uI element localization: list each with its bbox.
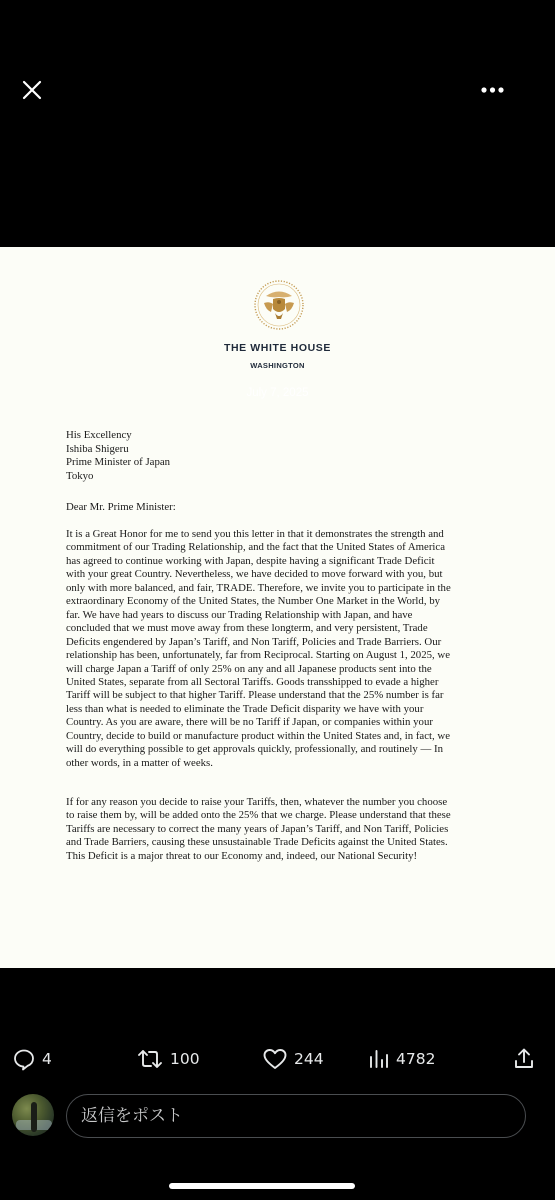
repost-count: 100 — [170, 1050, 200, 1068]
close-icon — [18, 76, 46, 104]
letter-line: only with more balanced, and fair, TRADE… — [66, 582, 506, 595]
letter-line: other words, in a matter of weeks. — [66, 757, 506, 770]
close-button[interactable] — [18, 76, 46, 104]
letter-line: Tariffs are necessary to correct the man… — [66, 823, 506, 836]
letter-line: far. We have had years to discuss our Tr… — [66, 609, 506, 622]
letterhead-subtitle: WASHINGTON — [0, 361, 555, 370]
home-indicator[interactable] — [169, 1183, 355, 1189]
address-line: Ishiba Shigeru — [66, 443, 170, 457]
letter-line: to raise them by, will be added onto the… — [66, 809, 506, 822]
views-count: 4782 — [396, 1050, 435, 1068]
letter-line: has agreed to continue working with Japa… — [66, 555, 506, 568]
address-line: His Excellency — [66, 429, 170, 443]
letter-line: It is a Great Honor for me to send you t… — [66, 528, 506, 541]
letter-line: extraordinary Economy of the United Stat… — [66, 595, 506, 608]
repost-button[interactable]: 100 — [136, 1042, 200, 1076]
letter-line: will charge Japan a Tariff of only 25% o… — [66, 663, 506, 676]
post-actions-bar: 4 100 244 4782 — [0, 1042, 555, 1076]
letter-line: Deficits engendered by Japan’s Tariff, a… — [66, 636, 506, 649]
letter-line: and Trade Barriers, causing these unsust… — [66, 836, 506, 849]
letter-line: If for any reason you decide to raise yo… — [66, 796, 506, 809]
presidential-seal-icon — [253, 279, 305, 331]
reply-composer: 返信をポスト — [0, 1094, 555, 1144]
views-button[interactable]: 4782 — [368, 1042, 435, 1076]
heart-icon — [262, 1047, 288, 1071]
letter-line: Tariff will be subject to that higher Ta… — [66, 689, 506, 702]
address-line: Prime Minister of Japan — [66, 456, 170, 470]
letter-line: This Deficit is a major threat to our Ec… — [66, 850, 506, 863]
letter-line: concluded that we must move away from th… — [66, 622, 506, 635]
like-count: 244 — [294, 1050, 324, 1068]
repost-icon — [136, 1047, 164, 1071]
share-icon — [512, 1047, 536, 1071]
recipient-address: His Excellency Ishiba Shigeru Prime Mini… — [66, 429, 170, 483]
letter-line: Country, decide to build or manufacture … — [66, 730, 506, 743]
reply-count: 4 — [42, 1050, 52, 1068]
letter-line: commitment of our Trading Relationship, … — [66, 541, 506, 554]
letter-line: relationship has been, unfortunately, fa… — [66, 649, 506, 662]
letter-line: United States, separate from all Sectora… — [66, 676, 506, 689]
letter-line: less than what is needed to eliminate th… — [66, 703, 506, 716]
views-icon — [368, 1047, 390, 1071]
letterhead-title: THE WHITE HOUSE — [0, 342, 555, 354]
salutation: Dear Mr. Prime Minister: — [66, 501, 176, 513]
letter-line: Country. As you are aware, there will be… — [66, 716, 506, 729]
reply-icon — [12, 1047, 36, 1071]
reply-input[interactable]: 返信をポスト — [66, 1094, 526, 1138]
media-viewer-topbar — [0, 0, 555, 140]
address-line: Tokyo — [66, 470, 170, 484]
letter-paragraph-1: It is a Great Honor for me to send you t… — [66, 528, 506, 770]
more-options-button[interactable] — [478, 76, 526, 104]
like-button[interactable]: 244 — [262, 1042, 324, 1076]
user-avatar[interactable] — [12, 1094, 54, 1136]
reply-button[interactable]: 4 — [12, 1042, 52, 1076]
letter-paragraph-2: If for any reason you decide to raise yo… — [66, 796, 506, 863]
letter-line: with your great Country. Nevertheless, w… — [66, 568, 506, 581]
more-horizontal-icon — [478, 76, 526, 104]
share-button[interactable] — [512, 1042, 536, 1076]
letter-line: will do everything possible to get appro… — [66, 743, 506, 756]
letter-date: July 7, 2025 — [0, 387, 555, 399]
